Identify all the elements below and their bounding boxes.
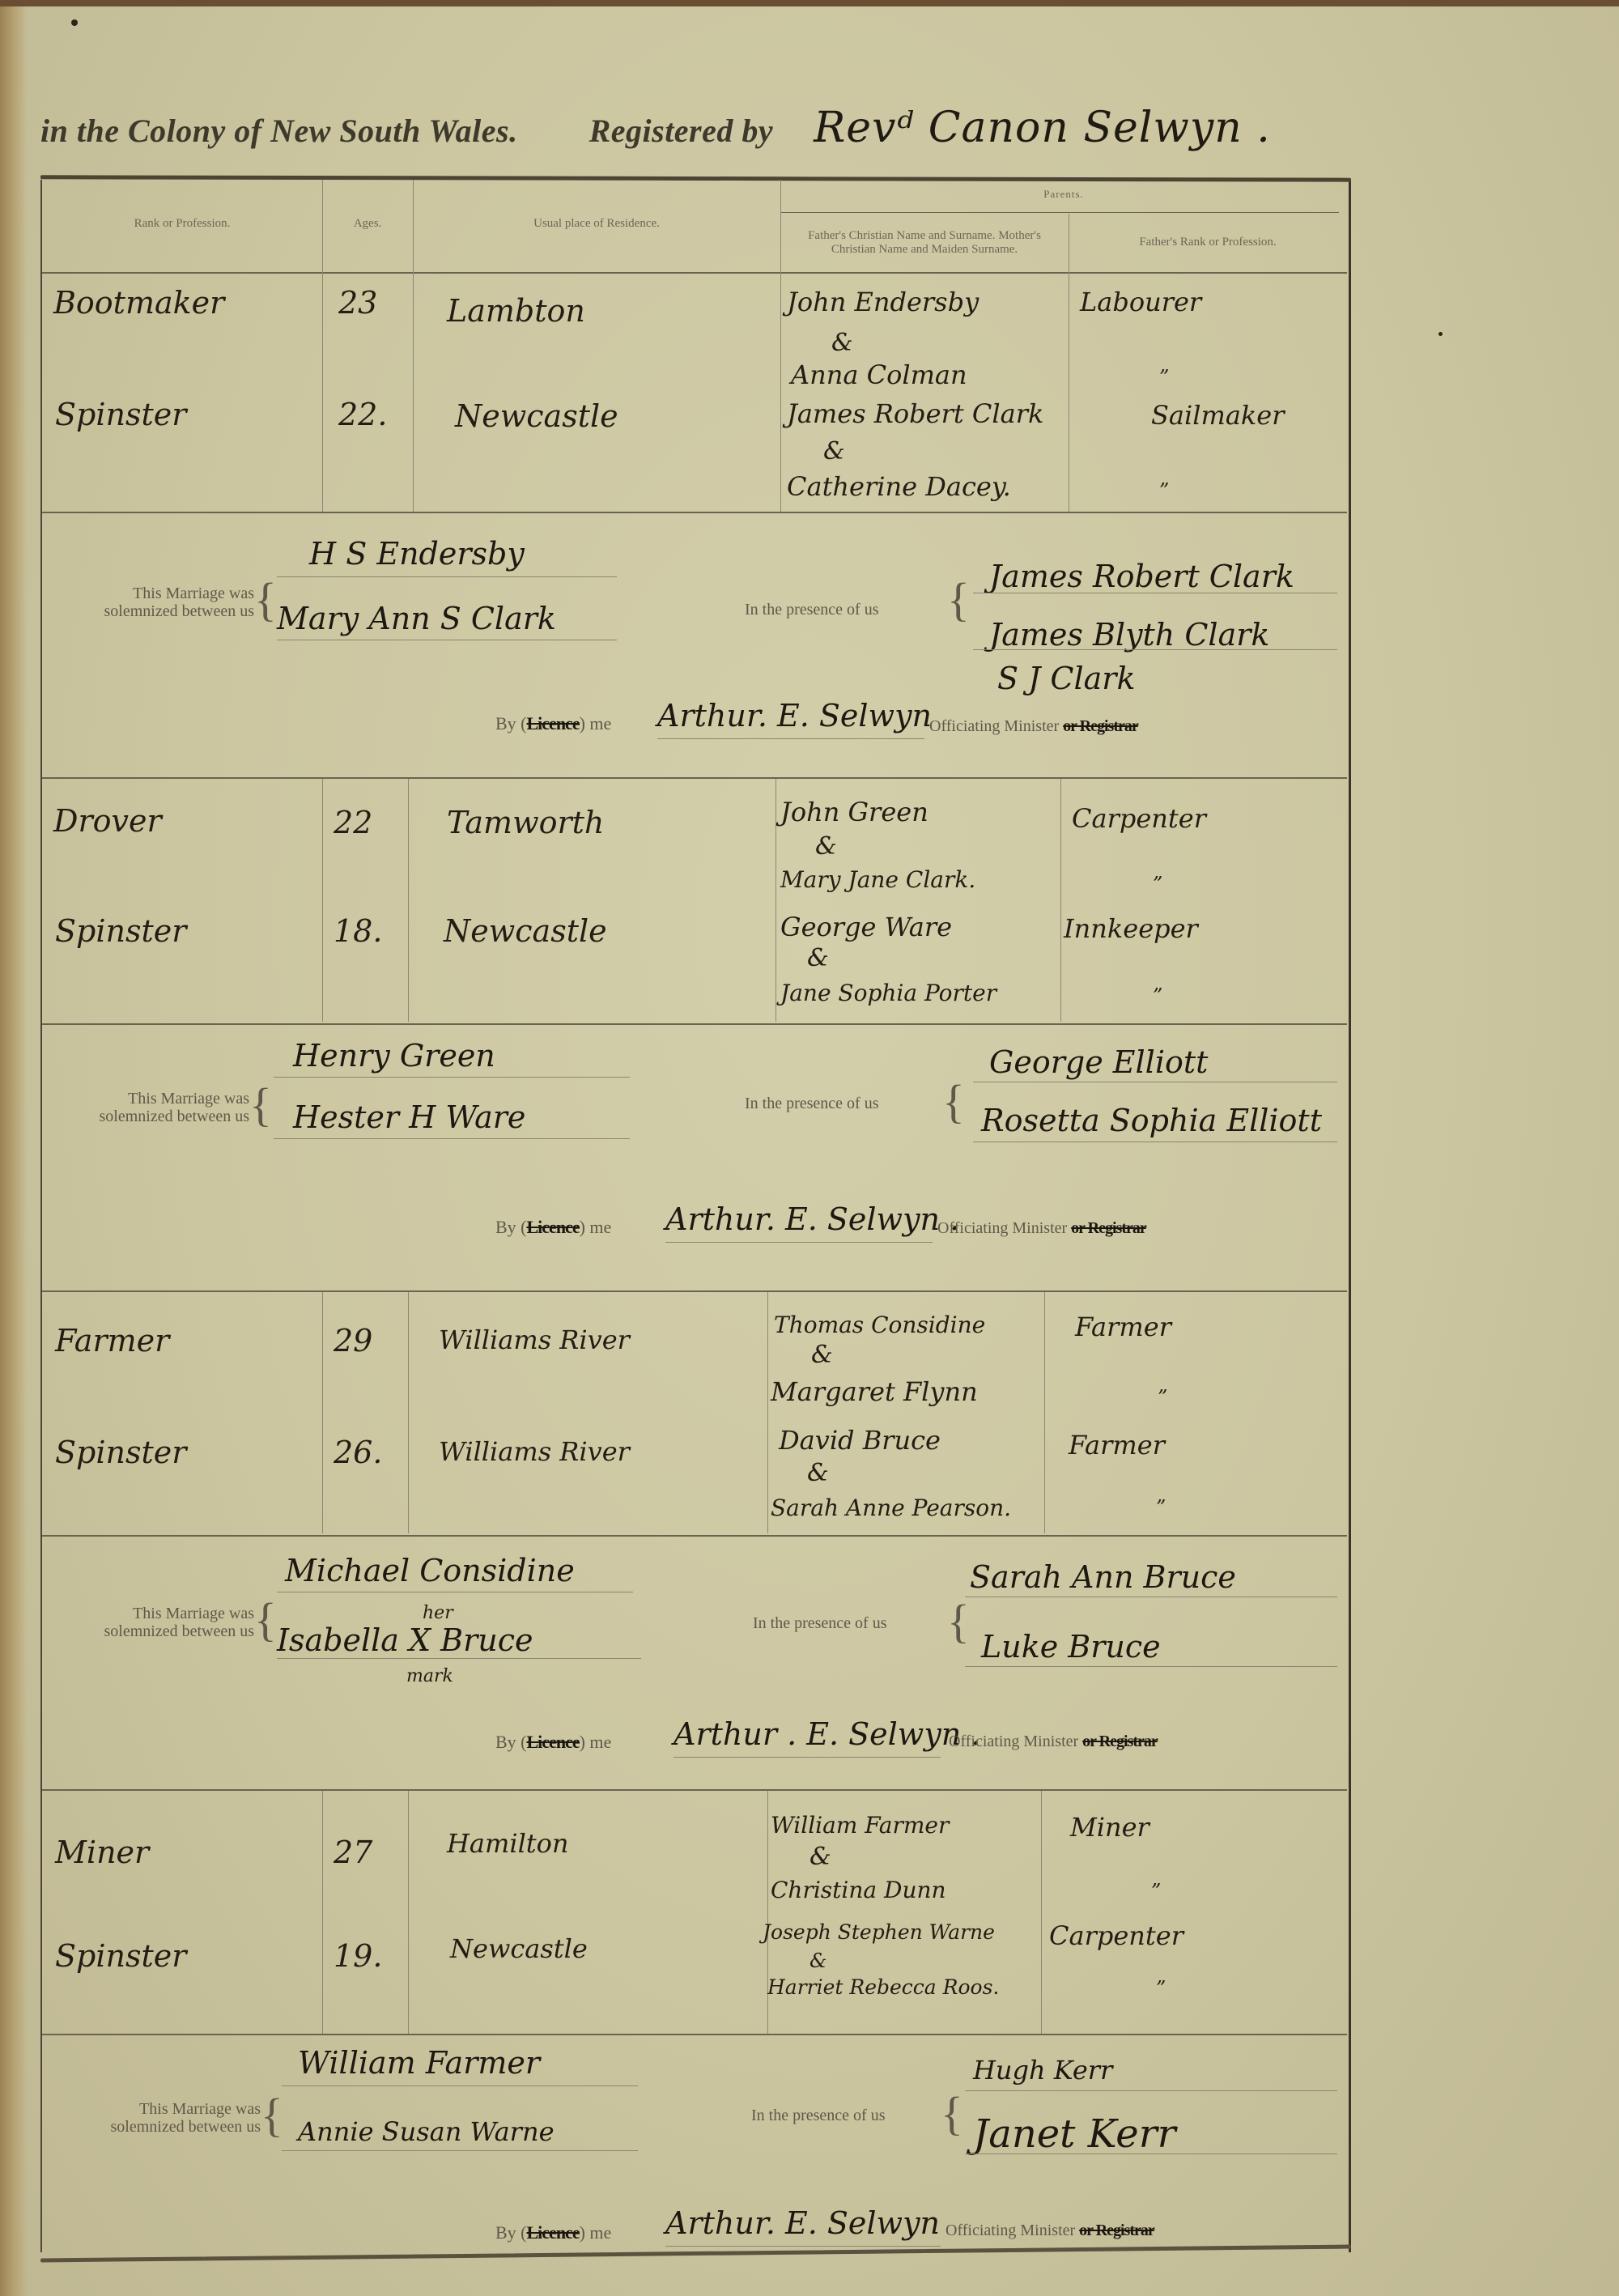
signature-line (277, 576, 617, 577)
ditto-mark: ” (1153, 873, 1162, 895)
column-header-ages: Ages. (322, 180, 413, 269)
officiation-line: By (Licence) me (495, 2223, 611, 2243)
groom-father: John Green (780, 797, 928, 827)
officiating-minister-label: Officiating Minister or Registrar (929, 717, 1138, 735)
brace-icon: { (249, 1082, 272, 1129)
column-header-parents: Parents. (780, 180, 1347, 209)
groom-age: 29 (334, 1323, 372, 1358)
entry-rule (42, 1290, 1347, 1292)
brace-icon: { (254, 1597, 277, 1643)
groom-rank: Miner (55, 1835, 149, 1870)
bride-residence: Newcastle (455, 398, 618, 434)
signature-line (274, 1138, 630, 1139)
col-divider (413, 180, 414, 512)
officiating-minister-label: Officiating Minister or Registrar (949, 1733, 1158, 1750)
groom-father-rank: Carpenter (1072, 803, 1206, 834)
signature-line (277, 1592, 633, 1592)
entry-rule (42, 2034, 1347, 2035)
groom-signature: William Farmer (298, 2045, 540, 2081)
groom-father: John Endersby (787, 287, 979, 317)
bride-rank: Spinster (55, 1938, 186, 1974)
groom-rank: Farmer (55, 1323, 169, 1358)
witness-signature-2: Rosetta Sophia Elliott (981, 1103, 1322, 1138)
col-divider (780, 180, 781, 512)
officiation-line: By (Licence) me (495, 1218, 611, 1237)
presence-label: In the presence of us (745, 601, 879, 619)
groom-residence: Hamilton (447, 1828, 569, 1859)
col-divider (767, 1292, 768, 1533)
parents-divider (780, 212, 1339, 213)
entry-rule (42, 1535, 1347, 1537)
bride-mother: Jane Sophia Porter (780, 980, 996, 1006)
minister-signature: Arthur. E. Selwyn . (665, 1201, 959, 1237)
bride-age: 26. (334, 1435, 382, 1470)
bride-age: 22. (338, 397, 387, 432)
minister-signature: Arthur . E. Selwyn . (674, 1716, 980, 1752)
signature-line (973, 649, 1337, 650)
bride-father-rank: Sailmaker (1151, 400, 1285, 431)
groom-rank: Drover (53, 803, 162, 839)
groom-father-rank: Farmer (1075, 1312, 1171, 1342)
ink-spot (71, 19, 78, 26)
brace-icon: { (254, 576, 277, 623)
column-header-rank: Rank or Profession. (42, 180, 322, 269)
and-mark: & (823, 437, 845, 466)
bride-mother: Sarah Anne Pearson. (771, 1495, 1011, 1521)
ditto-mark: ” (1158, 1386, 1167, 1409)
book-edge (0, 0, 1619, 6)
registrar-signature: Revᵈ Canon Selwyn . (814, 104, 1271, 152)
witness-signature-1: Hugh Kerr (973, 2055, 1112, 2086)
witness-signature-1: Sarah Ann Bruce (970, 1559, 1236, 1595)
and-mark: & (807, 944, 829, 972)
col-divider (408, 779, 409, 1022)
groom-residence: Williams River (439, 1324, 630, 1355)
groom-father: William Farmer (771, 1812, 949, 1839)
signature-line (973, 593, 1337, 593)
col-divider (1060, 779, 1061, 1022)
entry-rule (42, 1023, 1347, 1025)
and-mark: & (811, 1341, 833, 1369)
bride-age: 19. (334, 1938, 382, 1974)
signature-line (965, 2154, 1337, 2154)
witness-signature-2: Janet Kerr (973, 2111, 1176, 2157)
col-divider (1041, 1791, 1042, 2034)
bride-rank: Spinster (55, 397, 186, 432)
bride-residence: Newcastle (444, 913, 607, 949)
presence-label: In the presence of us (753, 1614, 887, 1632)
colony-title: in the Colony of New South Wales. (40, 112, 518, 150)
presence-label: In the presence of us (745, 1095, 879, 1112)
column-header-father-rank: Father's Rank or Profession. (1069, 214, 1347, 272)
and-mark: & (809, 1949, 826, 1972)
and-mark: & (807, 1459, 829, 1487)
ditto-mark: ” (1151, 1880, 1161, 1903)
and-mark: & (809, 1843, 831, 1871)
groom-signature: H S Endersby (309, 536, 525, 572)
bride-father: David Bruce (779, 1425, 941, 1456)
bride-rank: Spinster (55, 1435, 186, 1470)
bride-father: George Ware (780, 912, 952, 942)
col-divider (322, 1791, 323, 2034)
bride-residence: Williams River (439, 1436, 630, 1467)
entry-rule (42, 1789, 1347, 1791)
groom-age: 22 (334, 805, 372, 840)
bride-signature: Mary Ann S Clark (277, 601, 556, 636)
signature-line (277, 1658, 641, 1659)
her-mark-label: her (423, 1603, 453, 1623)
groom-age: 23 (338, 285, 377, 321)
signature-line (657, 738, 924, 739)
groom-signature: Henry Green (293, 1038, 495, 1074)
ditto-mark: ” (1156, 1496, 1166, 1519)
groom-age: 27 (334, 1835, 372, 1870)
solemnized-label: This Marriage was solemnized between us (42, 2100, 261, 2136)
witness-signature-1: George Elliott (989, 1044, 1208, 1080)
and-mark: & (815, 832, 837, 861)
witness-signature-2: James Blyth Clark (989, 617, 1269, 653)
signature-line (282, 2150, 638, 2151)
bride-mother: Catherine Dacey. (787, 471, 1011, 502)
minister-signature: Arthur. E. Selwyn (657, 698, 932, 733)
signature-line (282, 2086, 638, 2086)
signature-line (274, 1077, 630, 1078)
bride-age: 18. (334, 913, 382, 949)
col-divider (1044, 1292, 1045, 1533)
bride-signature: Annie Susan Warne (298, 2116, 555, 2147)
bride-father: Joseph Stephen Warne (763, 1920, 995, 1944)
officiating-minister-label: Officiating Minister or Registrar (937, 1219, 1146, 1237)
brace-icon: { (942, 1078, 965, 1125)
signature-line (277, 640, 617, 640)
col-divider (776, 779, 776, 1022)
groom-mother: Christina Dunn (771, 1877, 946, 1903)
solemnized-label: This Marriage was solemnized between us (42, 585, 254, 620)
groom-mother: Mary Jane Clark. (780, 866, 975, 893)
witness-signature-1: James Robert Clark (989, 559, 1294, 594)
groom-residence: Lambton (447, 293, 585, 329)
signature-line (965, 1666, 1337, 1667)
bride-father-rank: Farmer (1069, 1430, 1165, 1461)
officiation-line: By (Licence) me (495, 714, 611, 733)
ditto-mark: ” (1159, 366, 1169, 389)
column-header-residence: Usual place of Residence. (413, 180, 780, 269)
col-divider (408, 1791, 409, 2034)
signature-line (674, 1757, 941, 1758)
groom-signature: Michael Considine (285, 1553, 575, 1588)
bride-signature: Isabella X Bruce (277, 1622, 533, 1658)
officiating-minister-label: Officiating Minister or Registrar (945, 2222, 1154, 2239)
groom-mother: Margaret Flynn (771, 1376, 978, 1407)
signature-line (965, 2090, 1337, 2091)
signature-line (965, 1597, 1337, 1597)
column-header-parents-names: Father's Christian Name and Surname. Mot… (780, 214, 1069, 272)
register-page: in the Colony of New South Wales. Regist… (0, 0, 1619, 2296)
groom-father: Thomas Considine (774, 1312, 985, 1338)
groom-father-rank: Labourer (1080, 287, 1201, 317)
ditto-mark: ” (1159, 479, 1169, 502)
marriage-register-table: Rank or Profession. Ages. Usual place of… (40, 180, 1351, 2252)
presence-label: In the presence of us (751, 2107, 886, 2124)
witness-signature-3: S J Clark (997, 661, 1136, 696)
signature-line (973, 1142, 1337, 1142)
brace-icon: { (947, 576, 970, 623)
bride-father: James Robert Clark (787, 398, 1043, 429)
groom-mother: Anna Colman (791, 359, 967, 390)
col-divider (1069, 214, 1069, 512)
page-header: in the Colony of New South Wales. Regist… (40, 104, 1619, 176)
ditto-mark: ” (1153, 984, 1162, 1007)
groom-residence: Tamworth (447, 805, 604, 840)
brace-icon: { (261, 2092, 283, 2139)
ditto-mark: ” (1156, 1977, 1166, 2000)
col-divider (322, 1292, 323, 1533)
bride-signature: Hester H Ware (293, 1099, 525, 1135)
entry-rule (42, 512, 1347, 513)
bride-mother: Harriet Rebecca Roos. (767, 1975, 999, 1999)
signature-line (665, 1242, 933, 1243)
signature-line (665, 2246, 941, 2247)
bride-residence: Newcastle (450, 1933, 588, 1964)
col-divider (322, 779, 323, 1022)
ink-spot (1438, 332, 1443, 336)
header-bottom-rule (42, 272, 1347, 274)
registered-by-label: Registered by (589, 112, 774, 150)
bride-father-rank: Innkeeper (1064, 913, 1198, 944)
mark-label: mark (406, 1666, 453, 1686)
bride-father-rank: Carpenter (1049, 1920, 1183, 1951)
bride-rank: Spinster (55, 913, 186, 949)
brace-icon: { (947, 1598, 970, 1645)
witness-signature-2: Luke Bruce (981, 1629, 1161, 1665)
solemnized-label: This Marriage was solemnized between us (42, 1605, 254, 1640)
entry-rule (42, 777, 1347, 779)
and-mark: & (831, 329, 853, 357)
col-divider (408, 1292, 409, 1533)
brace-icon: { (941, 2090, 963, 2137)
col-divider (322, 180, 323, 512)
solemnized-label: This Marriage was solemnized between us (42, 1090, 249, 1125)
officiation-line: By (Licence) me (495, 1733, 611, 1752)
groom-rank: Bootmaker (53, 285, 224, 321)
minister-signature: Arthur. E. Selwyn (665, 2205, 940, 2241)
groom-father-rank: Miner (1070, 1812, 1149, 1843)
signature-line (973, 1082, 1337, 1082)
